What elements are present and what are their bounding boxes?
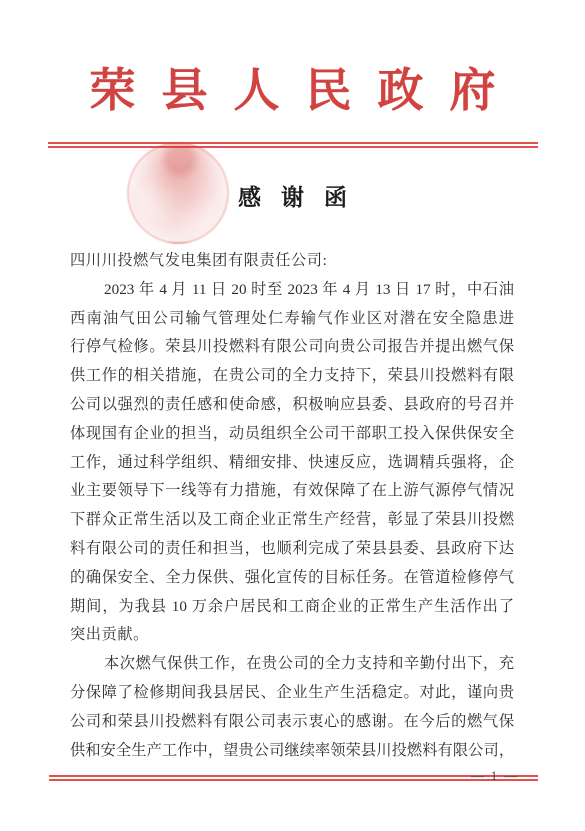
body-line: 期间，为我县 10 万余户居民和工商企业的正常生产生活作出了 [70, 593, 514, 622]
body-line: 体现国有企业的担当，动员组织全公司干部职工投入保供保安全 [70, 420, 514, 449]
body-line: 2023 年 4 月 11 日 20 时至 2023 年 4 月 13 日 17… [70, 276, 514, 305]
page-number: — 1 — [462, 769, 528, 784]
body-line: 本次燃气保供工作，在贵公司的全力支持和辛勤付出下，充 [70, 650, 514, 679]
scanned-letter-page: 荣县人民政府 感谢函 四川川投燃气发电集团有限责任公司: 2023 年 4 月 … [0, 0, 585, 831]
body-line: 分保障了检修期间我县居民、企业生产生活稳定。对此，谨向贵 [70, 679, 514, 708]
body-line: 的确保安全、全力保供、强化宣传的目标任务。在管道检修停气 [70, 564, 514, 593]
body-line: 西南油气田公司输气管理处仁寿输气作业区对潜在安全隐患进 [70, 305, 514, 334]
paragraph-end-line: 突出贡献。 [70, 621, 514, 650]
letterhead-government-title: 荣县人民政府 [0, 66, 585, 117]
body-line: 工作，通过科学组织、精细安排、快速反应，选调精兵强将，企 [70, 449, 514, 478]
salutation-line: 四川川投燃气发电集团有限责任公司: [70, 247, 514, 276]
letter-body: 四川川投燃气发电集团有限责任公司: 2023 年 4 月 11 日 20 时至 … [70, 247, 514, 765]
body-line: 供和安全生产工作中，望贵公司继续率领荣县川投燃料有限公司， [70, 737, 514, 766]
letterhead-double-rule [48, 142, 538, 148]
document-title: 感谢函 [0, 179, 585, 212]
body-line: 供工作的相关措施，在贵公司的全力支持下，荣县川投燃料有限 [70, 362, 514, 391]
body-line: 行停气检修。荣县川投燃料有限公司向贵公司报告并提出燃气保 [70, 333, 514, 362]
body-line: 下群众正常生活以及工商企业正常生产经营，彰显了荣县川投燃 [70, 506, 514, 535]
body-line: 料有限公司的责任和担当，也顺利完成了荣县县委、县政府下达 [70, 535, 514, 564]
body-line: 公司以强烈的责任感和使命感，积极响应县委、县政府的号召并 [70, 391, 514, 420]
body-line: 公司和荣县川投燃料有限公司表示衷心的感谢。在今后的燃气保 [70, 708, 514, 737]
body-line: 业主要领导下一线等有力措施，有效保障了在上游气源停气情况 [70, 477, 514, 506]
